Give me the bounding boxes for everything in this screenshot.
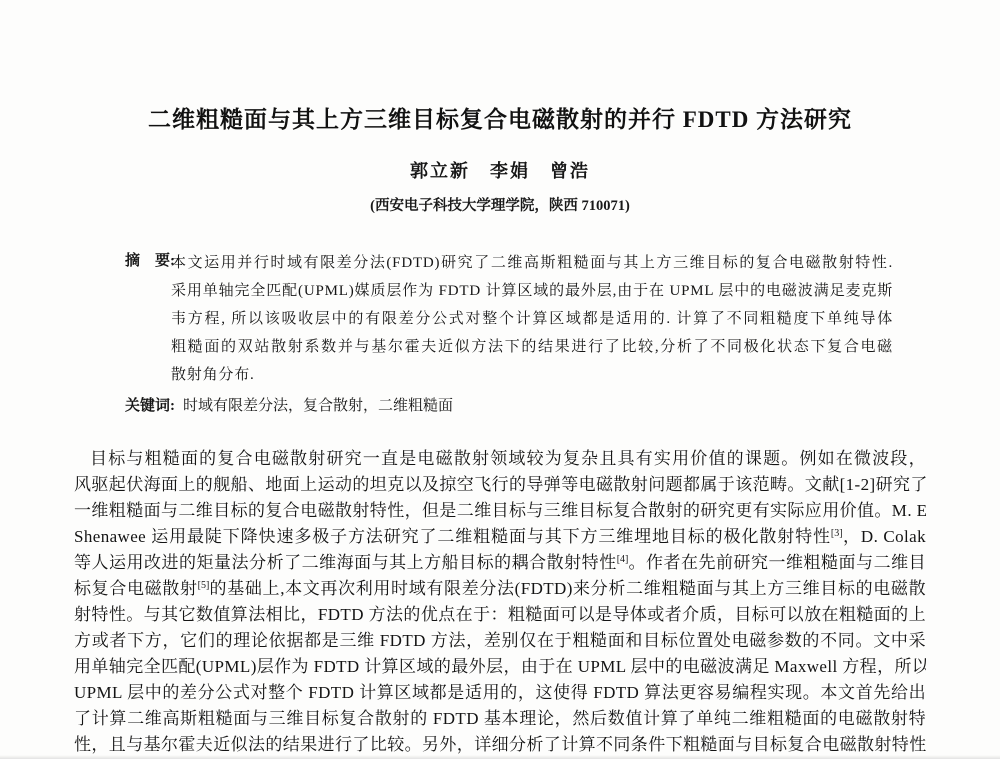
body-line: 方或者下方，它们的理论依据都是三维 FDTD 方法，差别仅在于粗糙面和目标位置处… [74, 628, 926, 654]
body-line: Shenawee 运用最陡下降快速多极子方法研究了二维粗糙面与其下方三维埋地目标… [74, 524, 926, 550]
authors-line: 郭立新 李娟 曾浩 [0, 157, 1000, 183]
body-line: UPML 层中的差分公式对整个 FDTD 计算区域都是适用的，这使得 FDTD … [74, 680, 926, 706]
citation-superscript: [5] [198, 580, 210, 591]
citation-superscript: [4] [617, 554, 629, 565]
body-line: 等人运用改进的矩量法分析了二维海面与其上方船目标的耦合散射特性[4]。作者在先前… [74, 550, 926, 576]
body-line: 性，且与基尔霍夫近似法的结果进行了比较。另外，详细分析了计算不同条件下粗糙面与目… [74, 732, 926, 758]
body-text: ，D. Colak [843, 527, 926, 546]
abstract-line: 散射角分布. [171, 361, 893, 389]
affiliation-line: (西安电子科技大学理学院，陕西 710071) [0, 194, 1000, 215]
body-text: 等人运用改进的矩量法分析了二维海面与其上方船目标的耦合散射特性 [74, 553, 617, 572]
abstract-line: 韦方程, 所以该吸收层中的有限差分公式对整个计算区域都是适用的. 计算了不同粗糙… [171, 305, 893, 333]
abstract-label: 摘 要: [125, 249, 175, 270]
scanned-paper-page: 二维粗糙面与其上方三维目标复合电磁散射的并行 FDTD 方法研究 郭立新 李娟 … [0, 0, 1000, 759]
body-line: 用单轴完全匹配(UPML)层作为 FDTD 计算区域的最外层，由于在 UPML … [74, 654, 926, 680]
abstract-section: 摘 要: 本文运用并行时域有限差分法(FDTD)研究了二维高斯粗糙面与其上方三维… [125, 249, 893, 389]
abstract-body: 本文运用并行时域有限差分法(FDTD)研究了二维高斯粗糙面与其上方三维目标的复合… [171, 249, 893, 389]
keywords-label: 关键词: [125, 398, 175, 414]
body-text: Shenawee 运用最陡下降快速多极子方法研究了二维粗糙面与其下方三维埋地目标… [74, 527, 831, 546]
body-line: 一维粗糙面与二维目标的复合电磁散射特性，但是二维目标与三维目标复合散射的研究更有… [74, 498, 926, 524]
abstract-line: 粗糙面的双站散射系数并与基尔霍夫近似方法下的结果进行了比较,分析了不同极化状态下… [171, 333, 893, 361]
body-line: 了计算二维高斯粗糙面与三维目标复合散射的 FDTD 基本理论，然后数值计算了单纯… [74, 706, 926, 732]
body-paragraph: 目标与粗糙面的复合电磁散射研究一直是电磁散射领域较为复杂且具有实用价值的课题。例… [74, 446, 926, 758]
citation-superscript: [3] [831, 528, 843, 539]
body-text: 标复合电磁散射 [74, 579, 198, 598]
abstract-line: 采用单轴完全匹配(UPML)媒质层作为 FDTD 计算区域的最外层,由于在 UP… [171, 277, 893, 305]
body-text: 。作者在先前研究一维粗糙面与二维目 [628, 553, 926, 572]
body-line: 风驱起伏海面上的舰船、地面上运动的坦克以及掠空飞行的导弹等电磁散射问题都属于该范… [74, 472, 926, 498]
abstract-line: 本文运用并行时域有限差分法(FDTD)研究了二维高斯粗糙面与其上方三维目标的复合… [171, 249, 893, 277]
keywords-text: 时域有限差分法，复合散射，二维粗糙面 [183, 398, 453, 414]
body-line: 射特性。与其它数值算法相比，FDTD 方法的优点在于：粗糙面可以是导体或者介质，… [74, 602, 926, 628]
body-text: 的基础上,本文再次利用时域有限差分法(FDTD)来分析二维粗糙面与其上方三维目标… [209, 579, 926, 598]
body-line: 目标与粗糙面的复合电磁散射研究一直是电磁散射领域较为复杂且具有实用价值的课题。例… [74, 446, 926, 472]
keywords-row: 关键词:时域有限差分法，复合散射，二维粗糙面 [125, 396, 893, 416]
page-title: 二维粗糙面与其上方三维目标复合电磁散射的并行 FDTD 方法研究 [0, 101, 1000, 134]
body-line: 标复合电磁散射[5]的基础上,本文再次利用时域有限差分法(FDTD)来分析二维粗… [74, 576, 926, 602]
